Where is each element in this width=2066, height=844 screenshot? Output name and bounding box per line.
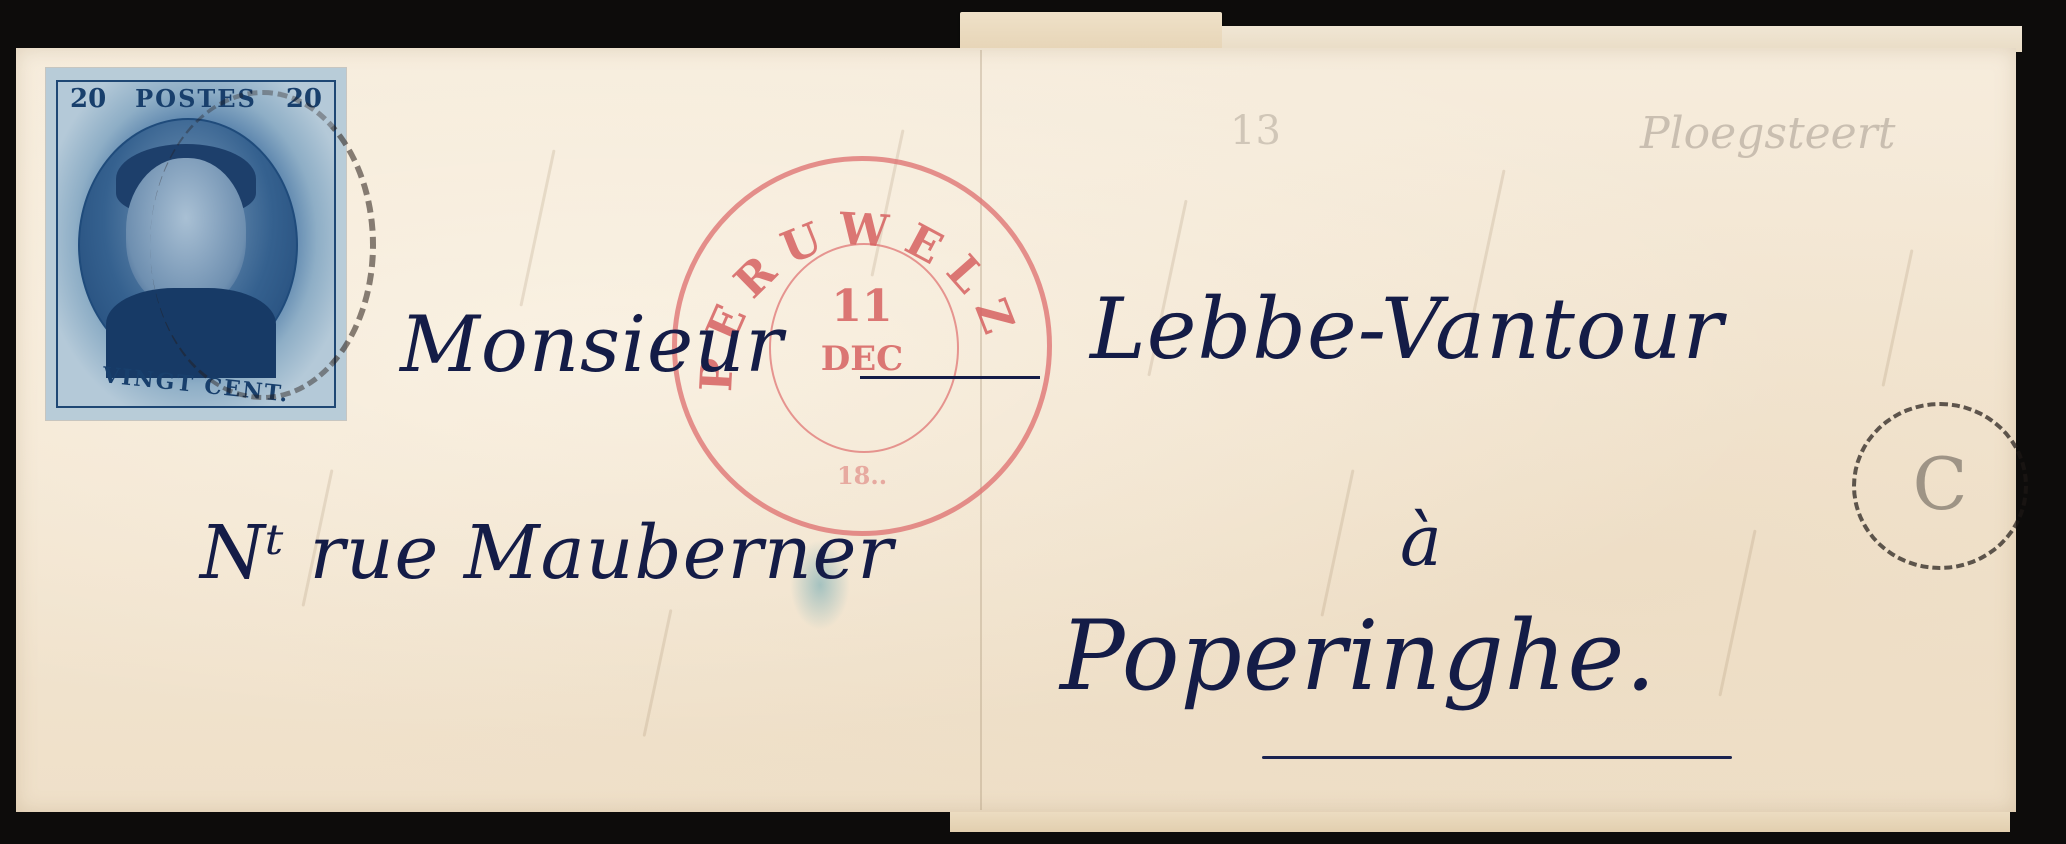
postmark-year: 18.. [677,461,1047,490]
city-underline [1262,756,1732,759]
address-dash [860,376,1040,379]
envelope-flap-top [960,12,1222,52]
address-salutation: Monsieur [400,300,784,390]
envelope-flap-bottom [950,812,2010,832]
stamp-value-left: 20 [70,84,106,114]
pencil-notation: Ploegsteert [1640,108,1895,159]
address-street: Nᵗ rue Mauberner [200,510,894,596]
barred-cancel [150,90,376,400]
cancel-letter: C [1856,442,2024,526]
address-preposition: à [1400,500,1443,582]
pencil-number: 13 [1230,108,1281,154]
black-c-cancel: C [1852,402,2028,570]
address-city: Poperinghe. [1060,600,1657,712]
address-name: Lebbe-Vantour [1090,280,1724,378]
